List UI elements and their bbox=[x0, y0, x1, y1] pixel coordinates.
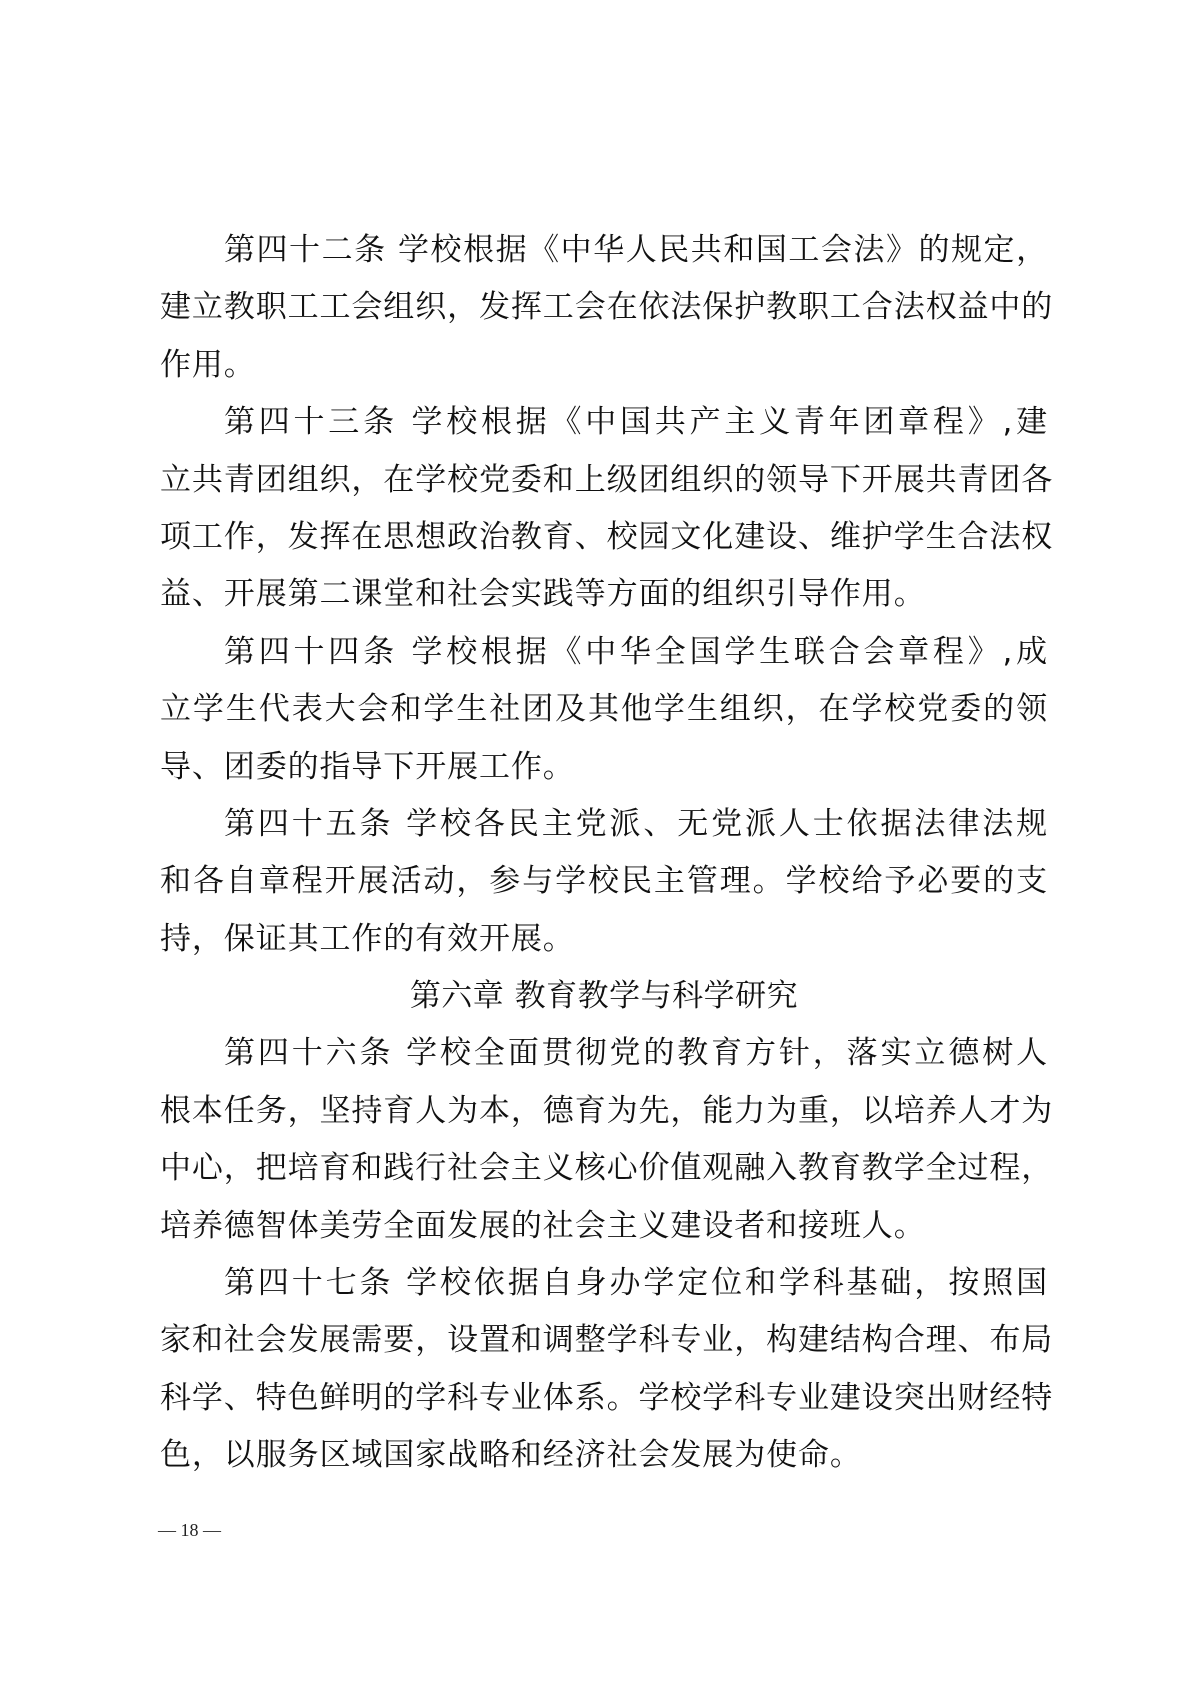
article-43-line-2: 立共青团组织，在学校党委和上级团组织的领导下开展共青团各 bbox=[160, 452, 1048, 509]
article-43-line-1: 第四十三条 学校根据《中国共产主义青年团章程》,建 bbox=[160, 394, 1048, 451]
page-number: — 18 — bbox=[158, 1520, 221, 1541]
article-44-line-2: 立学生代表大会和学生社团及其他学生组织，在学校党委的领 bbox=[160, 681, 1048, 738]
article-42-line-3: 作用。 bbox=[160, 337, 1048, 394]
article-45-line-2: 和各自章程开展活动，参与学校民主管理。学校给予必要的支 bbox=[160, 853, 1048, 910]
article-43: 第四十三条 学校根据《中国共产主义青年团章程》,建 立共青团组织，在学校党委和上… bbox=[160, 394, 1048, 624]
article-44-line-1: 第四十四条 学校根据《中华全国学生联合会章程》,成 bbox=[160, 624, 1048, 681]
article-44: 第四十四条 学校根据《中华全国学生联合会章程》,成 立学生代表大会和学生社团及其… bbox=[160, 624, 1048, 796]
chapter-heading: 第六章 教育教学与科学研究 bbox=[160, 968, 1048, 1025]
article-47-line-2: 家和社会发展需要，设置和调整学科专业，构建结构合理、布局 bbox=[160, 1312, 1048, 1369]
article-47-line-4: 色，以服务区域国家战略和经济社会发展为使命。 bbox=[160, 1427, 1048, 1484]
article-46: 第四十六条 学校全面贯彻党的教育方针，落实立德树人 根本任务，坚持育人为本，德育… bbox=[160, 1025, 1048, 1255]
article-45-line-3: 持，保证其工作的有效开展。 bbox=[160, 911, 1048, 968]
article-47: 第四十七条 学校依据自身办学定位和学科基础，按照国 家和社会发展需要，设置和调整… bbox=[160, 1255, 1048, 1485]
article-46-line-1: 第四十六条 学校全面贯彻党的教育方针，落实立德树人 bbox=[160, 1025, 1048, 1082]
article-43-line-3: 项工作，发挥在思想政治教育、校园文化建设、维护学生合法权 bbox=[160, 509, 1048, 566]
article-42: 第四十二条 学校根据《中华人民共和国工会法》的规定， 建立教职工工会组织，发挥工… bbox=[160, 222, 1048, 394]
article-42-line-2: 建立教职工工会组织，发挥工会在依法保护教职工合法权益中的 bbox=[160, 279, 1048, 336]
article-43-line-4: 益、开展第二课堂和社会实践等方面的组织引导作用。 bbox=[160, 566, 1048, 623]
article-44-line-3: 导、团委的指导下开展工作。 bbox=[160, 739, 1048, 796]
article-46-line-4: 培养德智体美劳全面发展的社会主义建设者和接班人。 bbox=[160, 1198, 1048, 1255]
document-page: 第四十二条 学校根据《中华人民共和国工会法》的规定， 建立教职工工会组织，发挥工… bbox=[0, 0, 1191, 1684]
article-46-line-2: 根本任务，坚持育人为本，德育为先，能力为重，以培养人才为 bbox=[160, 1083, 1048, 1140]
article-46-line-3: 中心，把培育和践行社会主义核心价值观融入教育教学全过程， bbox=[160, 1140, 1048, 1197]
article-47-line-1: 第四十七条 学校依据自身办学定位和学科基础，按照国 bbox=[160, 1255, 1048, 1312]
article-47-line-3: 科学、特色鲜明的学科专业体系。学校学科专业建设突出财经特 bbox=[160, 1370, 1048, 1427]
article-42-line-1: 第四十二条 学校根据《中华人民共和国工会法》的规定， bbox=[160, 222, 1048, 279]
article-45: 第四十五条 学校各民主党派、无党派人士依据法律法规 和各自章程开展活动，参与学校… bbox=[160, 796, 1048, 968]
document-body: 第四十二条 学校根据《中华人民共和国工会法》的规定， 建立教职工工会组织，发挥工… bbox=[160, 222, 1048, 1485]
article-45-line-1: 第四十五条 学校各民主党派、无党派人士依据法律法规 bbox=[160, 796, 1048, 853]
